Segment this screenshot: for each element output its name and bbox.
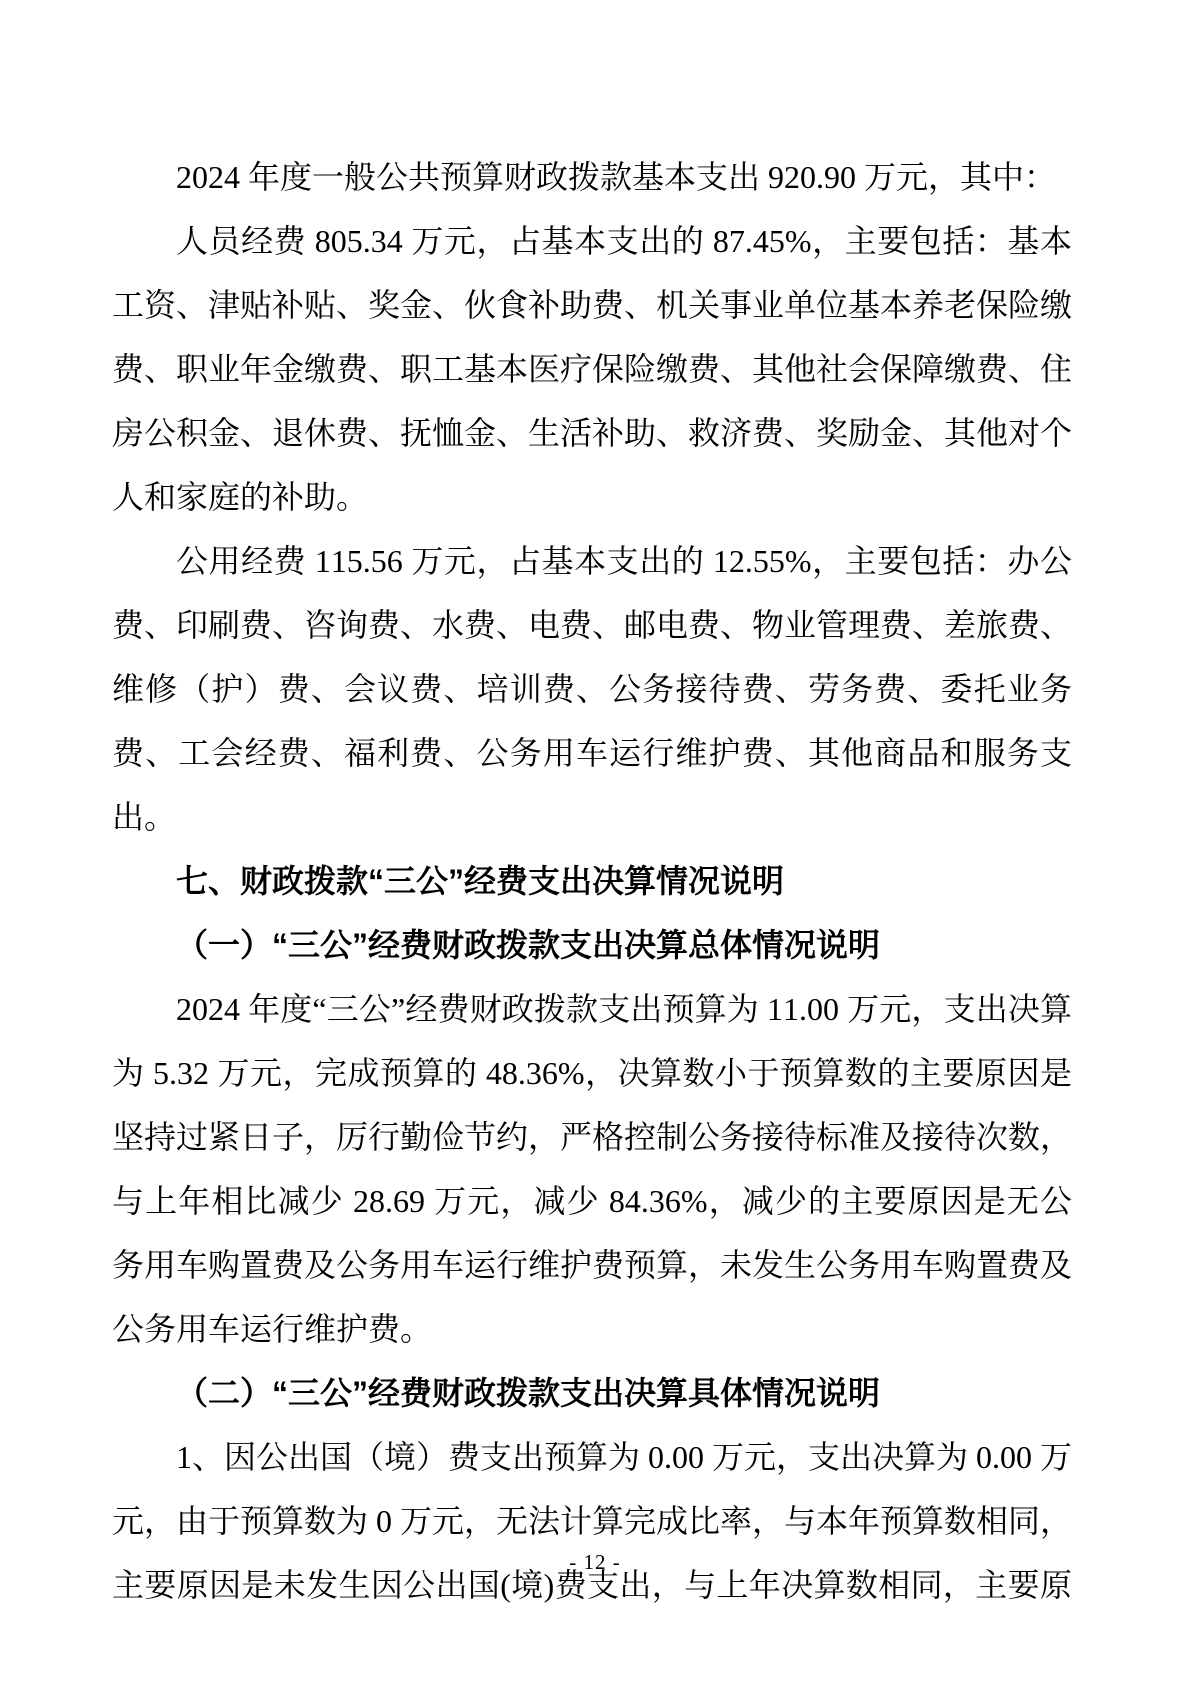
paragraph-general-budget-basic-expenditure: 2024 年度一般公共预算财政拨款基本支出 920.90 万元，其中： (112, 145, 1072, 209)
heading-subsection-two-specific-situation: （二）“三公”经费财政拨款支出决算具体情况说明 (112, 1361, 1072, 1425)
paragraph-three-public-funds-overview: 2024 年度“三公”经费财政拨款支出预算为 11.00 万元，支出决算为 5.… (112, 977, 1072, 1361)
document-body: 2024 年度一般公共预算财政拨款基本支出 920.90 万元，其中： 人员经费… (112, 145, 1072, 1617)
heading-subsection-one-overall-situation: （一）“三公”经费财政拨款支出决算总体情况说明 (112, 913, 1072, 977)
heading-section-seven-three-public-funds: 七、财政拨款“三公”经费支出决算情况说明 (112, 849, 1072, 913)
page-number: - 12 - (0, 1550, 1190, 1575)
document-page: 2024 年度一般公共预算财政拨款基本支出 920.90 万元，其中： 人员经费… (0, 0, 1190, 1683)
paragraph-personnel-expenses: 人员经费 805.34 万元，占基本支出的 87.45%，主要包括：基本工资、津… (112, 209, 1072, 529)
paragraph-public-expenses: 公用经费 115.56 万元，占基本支出的 12.55%，主要包括：办公费、印刷… (112, 529, 1072, 849)
paragraph-overseas-trip-expenses: 1、因公出国（境）费支出预算为 0.00 万元，支出决算为 0.00 万元，由于… (112, 1425, 1072, 1617)
